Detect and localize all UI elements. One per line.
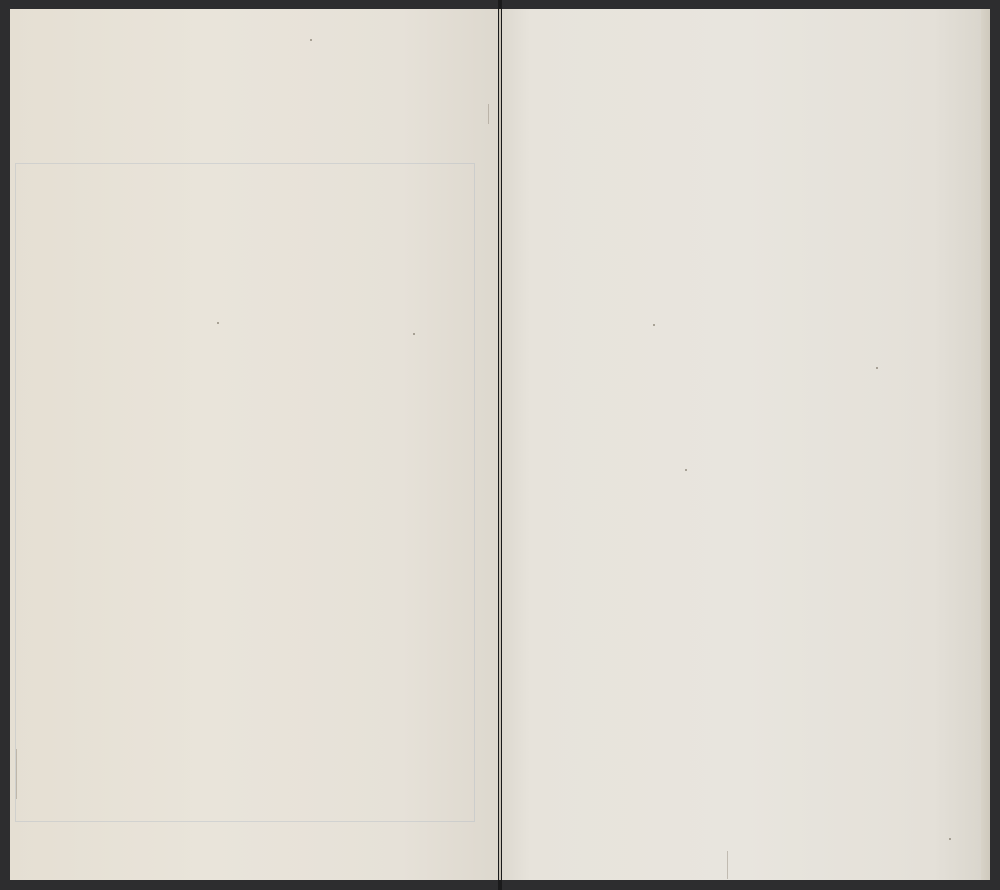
book-spread: [0, 0, 1000, 890]
paper-speck: [653, 324, 655, 326]
paper-crease: [727, 851, 728, 879]
gutter-line: [499, 9, 501, 880]
paper-speck: [217, 322, 219, 324]
paper-speck: [413, 333, 415, 335]
paper-speck: [876, 367, 878, 369]
bleed-through-text-columns: [130, 179, 470, 819]
paper-crease: [488, 104, 489, 124]
paper-speck: [310, 39, 312, 41]
right-page: [501, 9, 981, 880]
page-edge: [981, 9, 990, 880]
paper-speck: [685, 469, 687, 471]
paper-crease: [16, 749, 17, 799]
paper-speck: [949, 838, 951, 840]
left-page: [10, 9, 499, 880]
